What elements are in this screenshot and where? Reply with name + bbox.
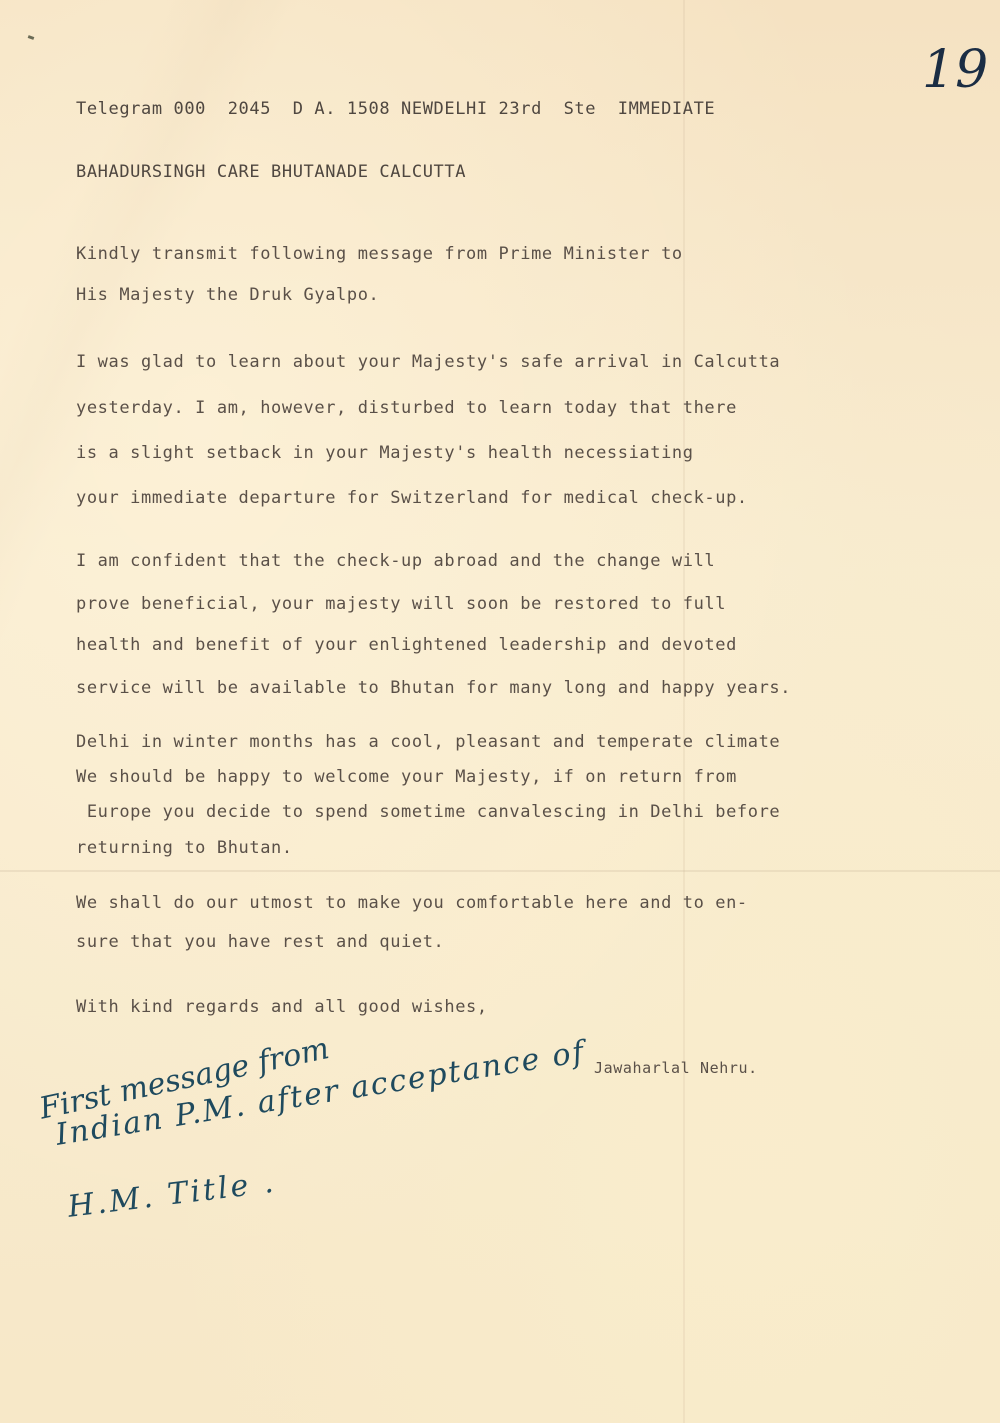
body-line: We shall do our utmost to make you comfo… (76, 893, 748, 913)
body-line: returning to Bhutan. (76, 838, 293, 858)
paper-fold (683, 0, 685, 1423)
paper-fold (0, 870, 1000, 872)
body-line: Kindly transmit following message from P… (76, 244, 683, 264)
body-line: Europe you decide to spend sometime canv… (76, 802, 780, 822)
body-line: is a slight setback in your Majesty's he… (76, 443, 694, 463)
page-number: 19 (922, 40, 988, 100)
body-line: your immediate departure for Switzerland… (76, 488, 748, 508)
signature: Jawaharlal Nehru. (594, 1059, 758, 1077)
body-line: Delhi in winter months has a cool, pleas… (76, 732, 780, 752)
body-line: I was glad to learn about your Majesty's… (76, 352, 780, 372)
ink-speck (28, 35, 35, 40)
closing: With kind regards and all good wishes, (76, 997, 488, 1017)
body-line: We should be happy to welcome your Majes… (76, 767, 737, 787)
telegram-document: 19 Telegram 000 2045 D A. 1508 NEWDELHI … (0, 0, 1000, 1423)
handwritten-note-line: H.M. Title . (66, 1165, 278, 1225)
body-line: sure that you have rest and quiet. (76, 932, 444, 952)
body-line: His Majesty the Druk Gyalpo. (76, 285, 379, 305)
telegram-header: Telegram 000 2045 D A. 1508 NEWDELHI 23r… (76, 99, 715, 119)
body-line: service will be available to Bhutan for … (76, 678, 791, 698)
body-line: health and benefit of your enlightened l… (76, 635, 737, 655)
body-line: I am confident that the check-up abroad … (76, 551, 715, 571)
body-line: yesterday. I am, however, disturbed to l… (76, 398, 737, 418)
body-line: prove beneficial, your majesty will soon… (76, 594, 726, 614)
telegram-address: BAHADURSINGH CARE BHUTANADE CALCUTTA (76, 162, 466, 182)
